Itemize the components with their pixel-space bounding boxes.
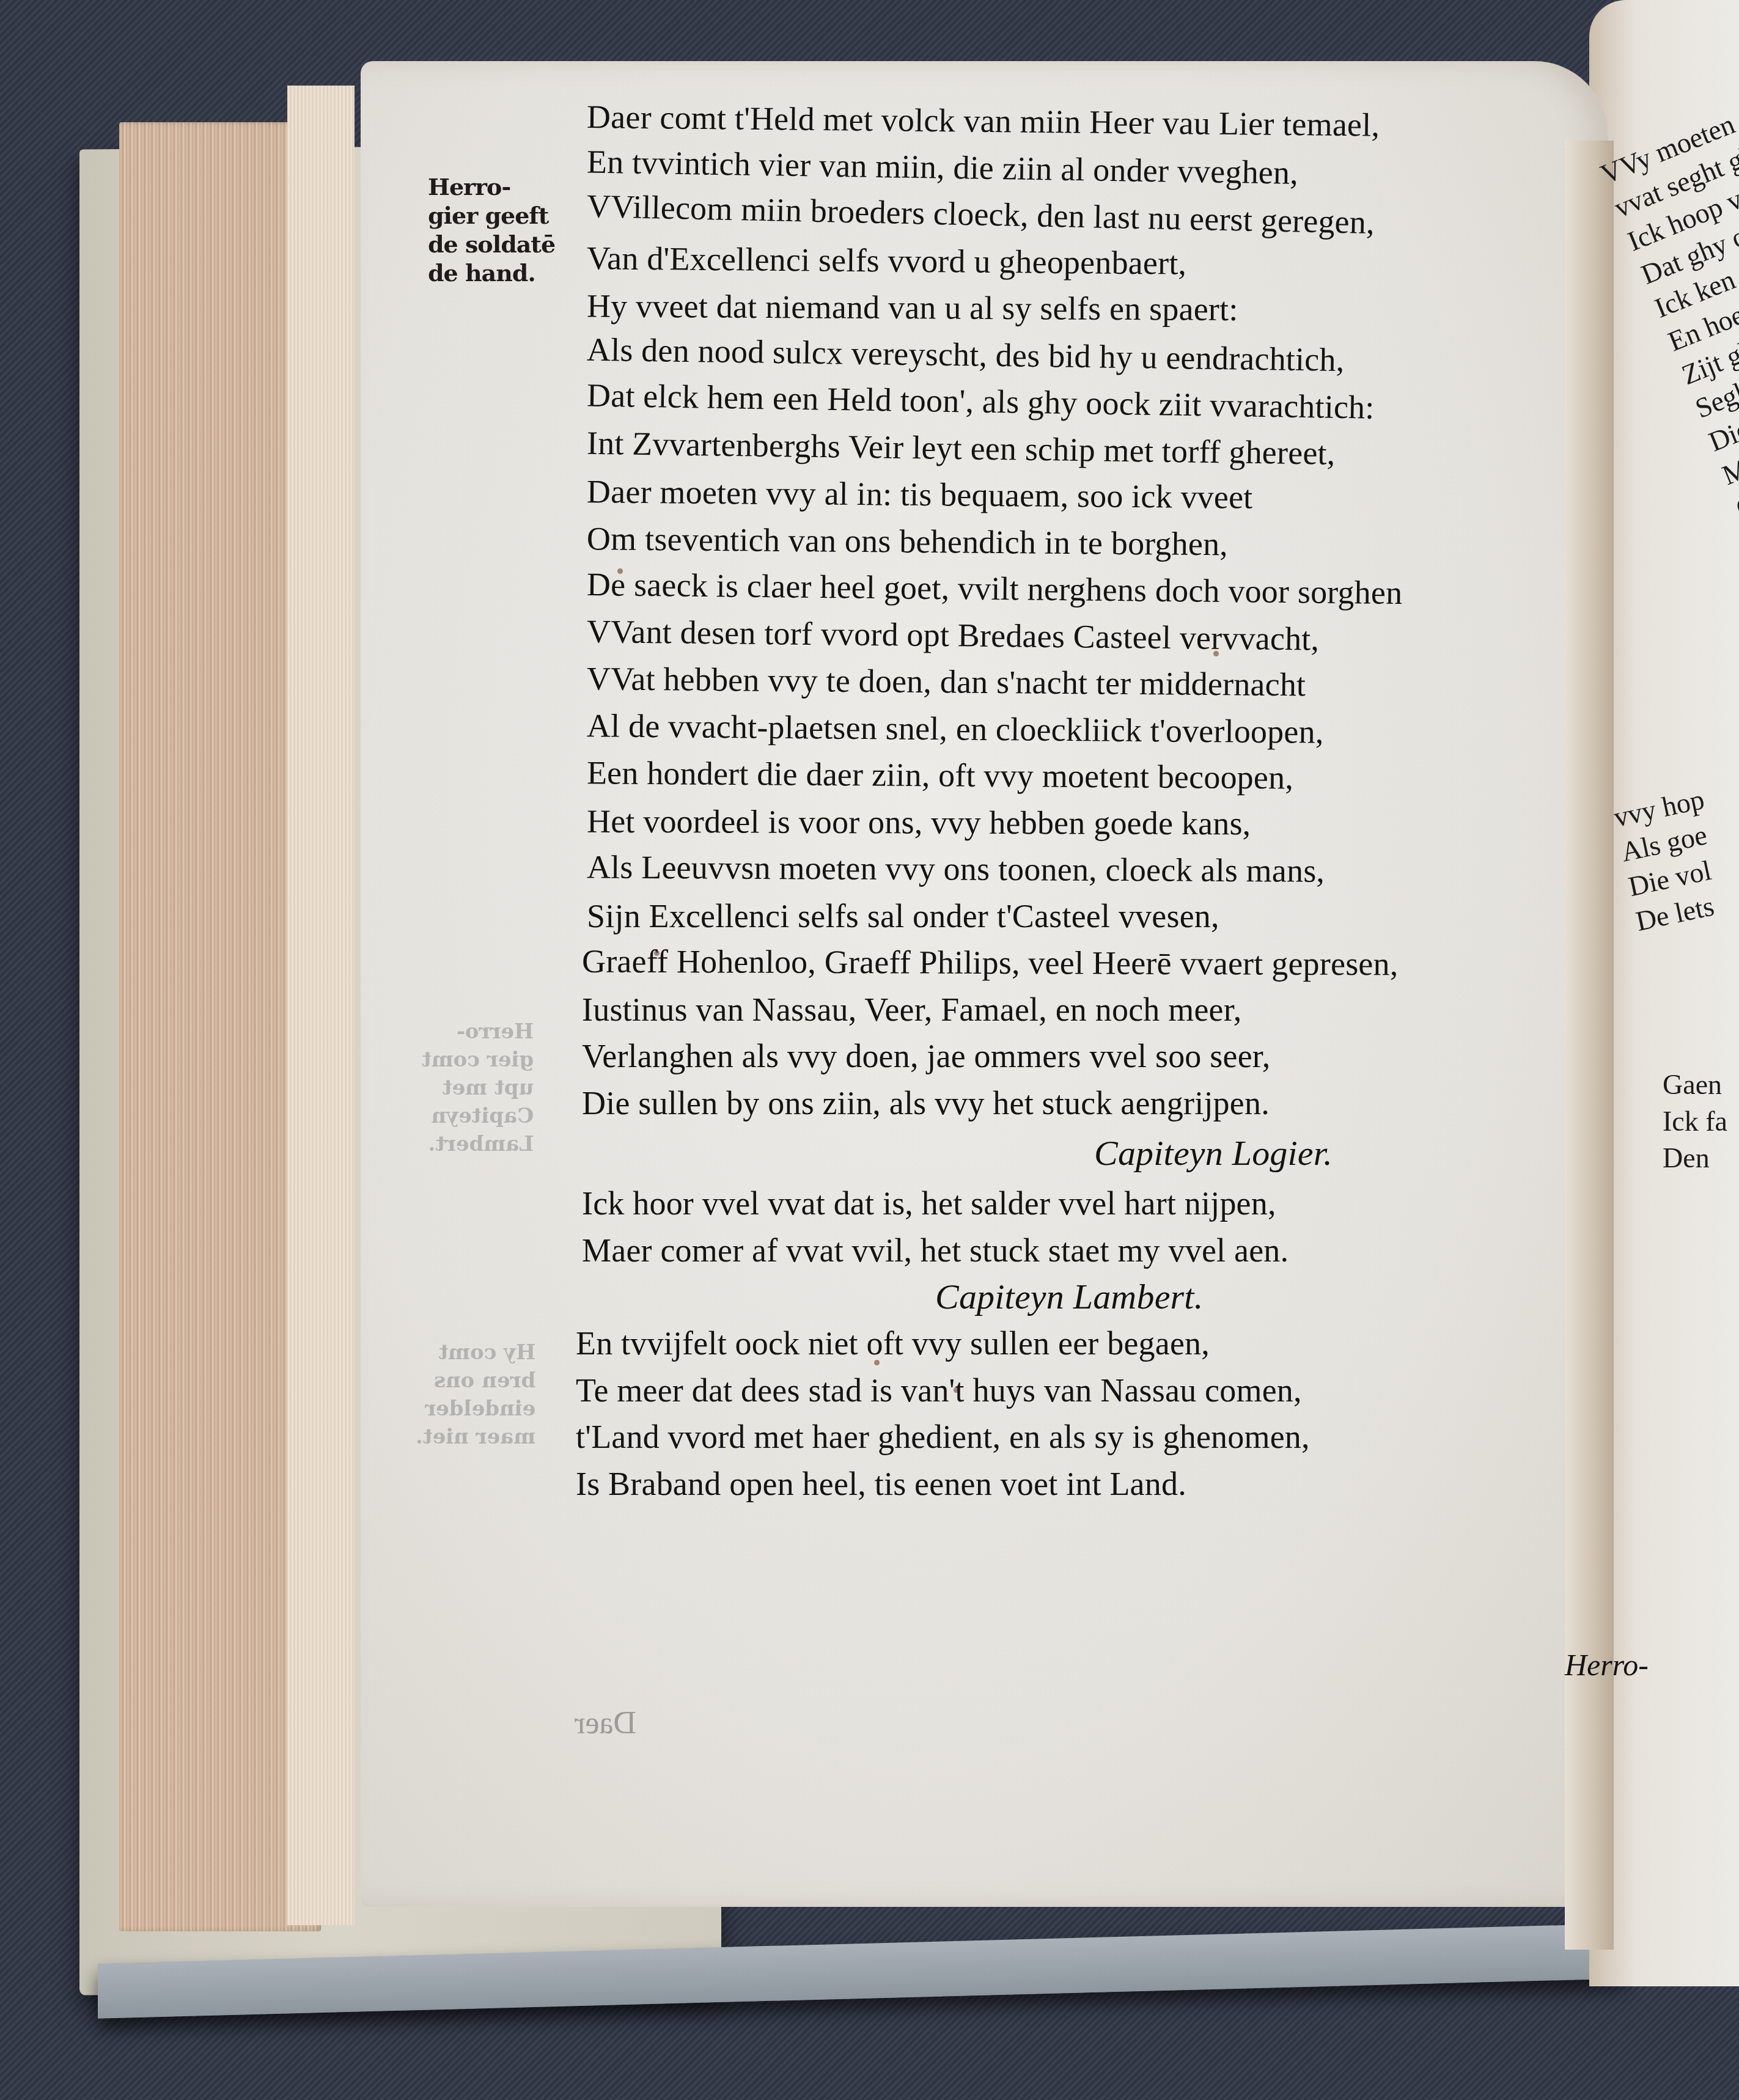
facing-line: Den xyxy=(1663,1140,1727,1177)
verse-line: t'Land vvord met haer ghedient, en als s… xyxy=(576,1414,1402,1461)
margin-note-line: gier geeft xyxy=(428,201,575,230)
show-through-line: Herro- xyxy=(422,1018,534,1046)
show-through-line: maer niet. xyxy=(416,1423,535,1451)
show-through-margin-note: Herro- gier comt upt met Capiteyn Lamber… xyxy=(422,1018,534,1158)
verse-line: Maer comer af vvat vvil, het stuck staet… xyxy=(582,1227,1402,1274)
verse-line: De saeck is claer heel goet, vvilt nergh… xyxy=(587,561,1403,616)
show-through-line: bren ons xyxy=(416,1367,535,1395)
verse-text: Daer comt t'Held met volck van miin Heer… xyxy=(587,98,1402,1507)
verse-line: Verlanghen als vvy doen, jae ommers vvel… xyxy=(582,1033,1402,1080)
verse-line: Als Leeuvvsn moeten vvy ons toonen, cloe… xyxy=(587,844,1403,895)
verse-line: Een hondert die daer ziin, oft vvy moete… xyxy=(587,749,1403,802)
verse-line: Sijn Excellenci selfs sal onder t'Castee… xyxy=(587,893,1402,940)
verse-line: Hy vveet dat niemand van u al sy selfs e… xyxy=(587,283,1403,334)
margin-note-line: de hand. xyxy=(428,259,575,287)
show-through-line: Capiteyn xyxy=(422,1102,534,1130)
show-through-margin-note-2: Hy comt bren ons eindelder maer niet. xyxy=(416,1338,535,1451)
catchword: Herro- xyxy=(1565,1647,1649,1683)
verse-line: Het voordeel is voor ons, vvy hebben goe… xyxy=(587,798,1403,847)
show-through-line: Hy comt xyxy=(416,1338,535,1367)
show-through-line: eindelder xyxy=(416,1395,535,1423)
verse-line: Daer moeten vvy al in: tis bequaem, soo … xyxy=(587,468,1403,522)
facing-page-text-lower: Gaen Ick fa Den xyxy=(1663,1067,1727,1177)
verse-line: Is Braband open heel, tis eenen voet int… xyxy=(576,1461,1402,1508)
show-through-line: Lambert. xyxy=(422,1130,534,1158)
facing-line: Ick fa xyxy=(1663,1103,1727,1140)
verse-line: Al de vvacht-plaetsen snel, en cloecklii… xyxy=(587,702,1403,756)
verse-line: Ick hoor vvel vvat dat is, het salder vv… xyxy=(582,1180,1402,1227)
show-through-line: upt met xyxy=(422,1074,534,1102)
verse-line: En tvvijfelt oock niet oft vvy sullen ee… xyxy=(576,1320,1402,1367)
margin-note-line: Herro- xyxy=(428,172,575,201)
verse-line: VVant desen torf vvord opt Bredaes Caste… xyxy=(587,608,1403,663)
facing-line: Gaen xyxy=(1663,1067,1727,1103)
verse-line: Iustinus van Nassau, Veer, Famael, en no… xyxy=(582,986,1402,1033)
speaker-heading: Capiteyn Logier. xyxy=(587,1126,1402,1180)
verse-line: Graeff Hohenloo, Graeff Philips, veel He… xyxy=(582,938,1403,988)
show-through-catchword: Daer xyxy=(575,1705,636,1741)
marginal-stage-direction: Herro- gier geeft de soldatē de hand. xyxy=(428,172,575,287)
verse-line: Om tseventich van ons behendich in te bo… xyxy=(587,515,1403,569)
page-block-inner-edges xyxy=(287,86,355,1925)
speaker-heading: Capiteyn Lambert. xyxy=(587,1274,1402,1320)
verse-line: Die sullen by ons ziin, als vvy het stuc… xyxy=(582,1080,1402,1127)
margin-note-line: de soldatē xyxy=(428,230,575,259)
verse-line: VVat hebben vvy te doen, dan s'nacht ter… xyxy=(587,655,1403,709)
verse-line: Te meer dat dees stad is van't huys van … xyxy=(576,1367,1402,1414)
verse-line: Van d'Excellenci selfs vvord u gheopenba… xyxy=(587,235,1403,288)
show-through-line: gier comt xyxy=(422,1046,534,1074)
